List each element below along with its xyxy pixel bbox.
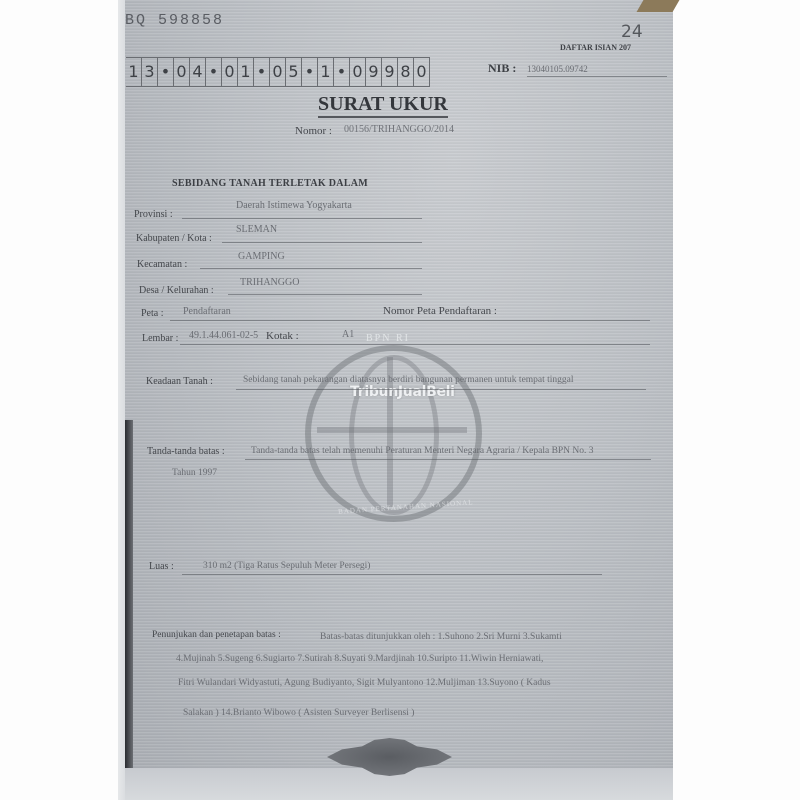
code-digit-box: 0 bbox=[270, 58, 286, 86]
nib-underline bbox=[527, 76, 667, 77]
code-digit-box: 1 bbox=[318, 58, 334, 86]
nib-label: NIB : bbox=[488, 61, 516, 76]
nomor-peta-label: Nomor Peta Pendaftaran : bbox=[383, 305, 497, 317]
provinsi-line bbox=[182, 218, 422, 219]
code-digit-box: • bbox=[254, 58, 270, 86]
code-digit-box: 0 bbox=[350, 58, 366, 86]
code-digit-box: 0 bbox=[222, 58, 238, 86]
desa-line bbox=[228, 294, 422, 295]
luas-line bbox=[182, 574, 602, 575]
code-digit-box: 8 bbox=[398, 58, 414, 86]
kecamatan-label: Kecamatan : bbox=[137, 259, 187, 270]
code-digit-box: 3 bbox=[142, 58, 158, 86]
kotak-label: Kotak : bbox=[266, 330, 299, 342]
desa-label: Desa / Kelurahan : bbox=[139, 285, 214, 296]
paper-shadow-edge bbox=[125, 420, 133, 800]
parcel-code-boxes: 13•04•01•05•1•09980 bbox=[126, 57, 430, 87]
nomor-value: 00156/TRIHANGGO/2014 bbox=[344, 124, 454, 135]
table-corner bbox=[637, 0, 680, 12]
nib-value: 13040105.09742 bbox=[527, 64, 588, 74]
peta-line bbox=[170, 320, 650, 321]
luas-value: 310 m2 (Tiga Ratus Sepuluh Meter Persegi… bbox=[203, 561, 370, 571]
brand-watermark: TribunJualBeli bbox=[350, 384, 455, 400]
code-digit-box: 5 bbox=[286, 58, 302, 86]
lembar-label: Lembar : bbox=[142, 333, 178, 344]
globe-axis-horizontal bbox=[317, 427, 467, 433]
code-digit-box: • bbox=[206, 58, 222, 86]
code-digit-box: 9 bbox=[366, 58, 382, 86]
tanda-value-line1: Tanda-tanda batas telah memenuhi Peratur… bbox=[251, 446, 594, 456]
peta-label: Peta : bbox=[141, 308, 164, 319]
code-digit-box: • bbox=[302, 58, 318, 86]
desa-value: TRIHANGGO bbox=[240, 277, 299, 288]
tanda-line bbox=[245, 459, 651, 460]
nomor-label: Nomor : bbox=[295, 125, 332, 137]
provinsi-value: Daerah Istimewa Yogyakarta bbox=[236, 200, 352, 211]
section-heading: SEBIDANG TANAH TERLETAK DALAM bbox=[172, 178, 368, 189]
handwritten-number: 24 bbox=[621, 22, 643, 42]
code-digit-box: 1 bbox=[238, 58, 254, 86]
penunjukan-line1: Batas-batas ditunjukkan oleh : 1.Suhono … bbox=[320, 632, 562, 642]
penunjukan-line2: 4.Mujinah 5.Sugeng 6.Sugiarto 7.Sutirah … bbox=[176, 654, 543, 664]
form-label: DAFTAR ISIAN 207 bbox=[560, 43, 631, 52]
penunjukan-line4: Salakan ) 14.Brianto Wibowo ( Asisten Su… bbox=[183, 708, 414, 718]
kotak-value: A1 bbox=[342, 329, 354, 340]
seal-top-text: BPN RI bbox=[366, 333, 410, 344]
provinsi-label: Provinsi : bbox=[134, 209, 173, 220]
lembar-value: 49.1.44.061-02-5 bbox=[189, 330, 258, 341]
penunjukan-line3: Fitri Wulandari Widyastuti, Agung Budiya… bbox=[178, 678, 551, 688]
code-digit-box: 0 bbox=[414, 58, 430, 86]
keadaan-line bbox=[236, 389, 646, 390]
kabupaten-line bbox=[222, 242, 422, 243]
tanda-value-line2: Tahun 1997 bbox=[172, 468, 217, 478]
kecamatan-line bbox=[200, 268, 422, 269]
keadaan-value: Sebidang tanah pekarangan diatasnya berd… bbox=[243, 375, 574, 385]
keadaan-label: Keadaan Tanah : bbox=[146, 376, 213, 387]
penunjukan-label: Penunjukan dan penetapan batas : bbox=[152, 630, 281, 640]
bpn-seal-watermark bbox=[305, 345, 482, 522]
code-digit-box: • bbox=[158, 58, 174, 86]
document-title: SURAT UKUR bbox=[318, 93, 448, 118]
peta-value: Pendaftaran bbox=[183, 306, 231, 317]
code-digit-box: 4 bbox=[190, 58, 206, 86]
kecamatan-value: GAMPING bbox=[238, 251, 285, 262]
code-digit-box: • bbox=[334, 58, 350, 86]
luas-label: Luas : bbox=[149, 561, 174, 572]
kabupaten-value: SLEMAN bbox=[236, 224, 277, 235]
code-digit-box: 9 bbox=[382, 58, 398, 86]
lembar-line bbox=[180, 344, 650, 345]
serial-number: BQ 598858 bbox=[125, 12, 224, 29]
code-digit-box: 0 bbox=[174, 58, 190, 86]
code-digit-box: 1 bbox=[126, 58, 142, 86]
kabupaten-label: Kabupaten / Kota : bbox=[136, 233, 212, 244]
tanda-label: Tanda-tanda batas : bbox=[147, 446, 225, 457]
